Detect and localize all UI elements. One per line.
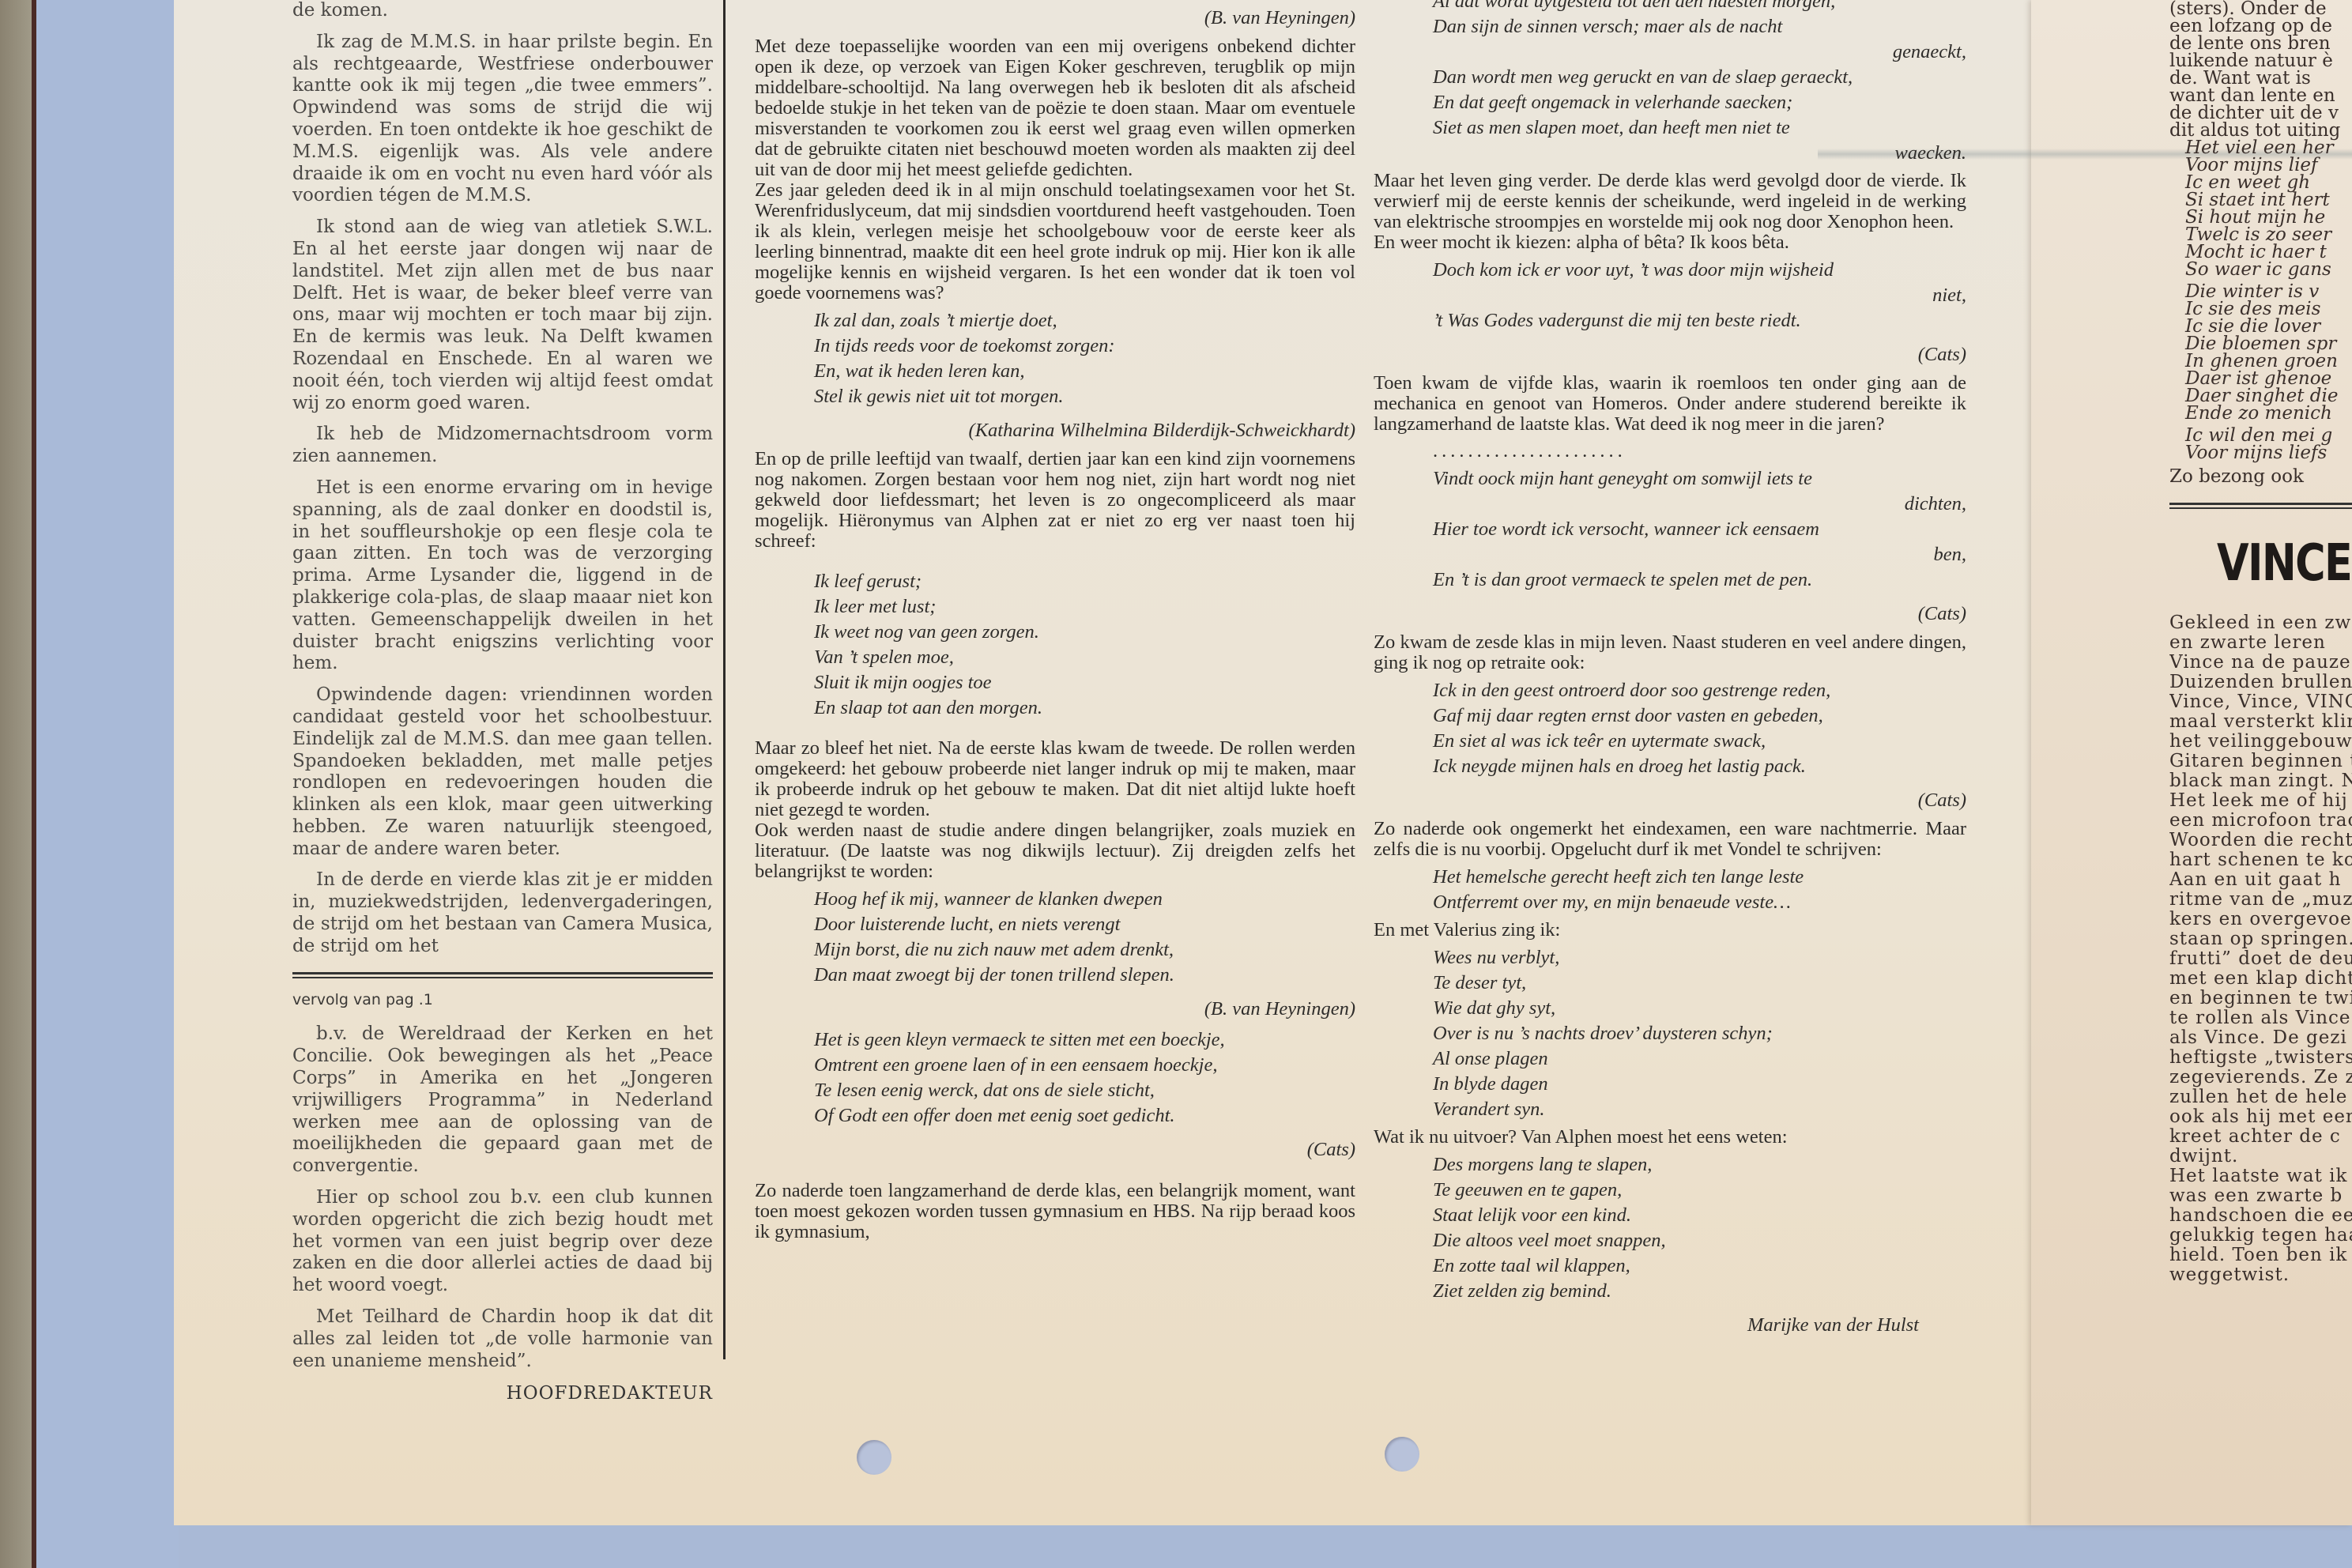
paragraph: Met deze toepasselijke woorden van een m… — [755, 36, 1355, 180]
paragraph: Zo naderde ook ongemerkt het eindexamen,… — [1374, 819, 1966, 860]
text-line: Si staet int hert — [2185, 191, 2352, 209]
col1-lead: de komen. — [292, 0, 713, 22]
text-line: de dichter uit de v — [2169, 104, 2352, 122]
verse-line: En, wat ik heden leren kan, — [814, 359, 1355, 384]
verse: Hoog hef ik mij, wanneer de klanken dwep… — [755, 887, 1355, 988]
paragraph: Wat ik nu uitvoer? Van Alphen moest het … — [1374, 1127, 1966, 1148]
verse-line: Of Godt een offer doen met eenig soet ge… — [814, 1103, 1355, 1129]
verse-line: Ick neygde mijnen hals en droeg het last… — [1433, 754, 1966, 779]
text-line: Ic sie des meis — [2185, 300, 2352, 318]
headline-vince: VINCE- — [2217, 536, 2346, 591]
text-line: Ic sie die lover — [2185, 318, 2352, 335]
column-1: de komen. Ik zag de M.M.S. in haar prils… — [292, 0, 713, 1405]
column-4-partial: (sters). Onder deeen lofzang op dede len… — [2169, 0, 2352, 1285]
verse-line: dichten, — [1433, 492, 1966, 517]
verse-line: ’t Was Godes vadergunst die mij ten best… — [1433, 308, 1966, 334]
verse-line: Ik leef gerust; — [814, 569, 1355, 594]
verse-line: Hier toe wordt ick versocht, wanneer ick… — [1433, 517, 1966, 542]
text-line: want dan lente en — [2169, 87, 2352, 104]
verse: Het hemelsche gerecht heeft zich ten lan… — [1374, 865, 1966, 915]
text-line: black man zingt. N — [2169, 771, 2352, 791]
text-line: zullen het de hele — [2169, 1087, 2352, 1107]
verse-line: Ik leer met lust; — [814, 594, 1355, 620]
background-wall — [0, 0, 32, 1568]
verse-line: En slaap tot aan den morgen. — [814, 695, 1355, 721]
text-line: In ghenen groen — [2185, 352, 2352, 370]
verse-line: Ik zal dan, zoals ’t miertje doet, — [814, 308, 1355, 334]
text-line: een lofzang op de — [2169, 17, 2352, 35]
text-line: Vince, Vince, VINC — [2169, 692, 2352, 712]
verse: Ic wil den mei gVoor mijns liefs — [2169, 427, 2352, 462]
text-line: ook als hij met een — [2169, 1107, 2352, 1127]
verse-line: En ’t is dan groot vermaeck te spelen me… — [1433, 567, 1966, 593]
verse-line: Dan sijn de sinnen versch; maer als de n… — [1433, 14, 1966, 40]
verse-line: Het is geen kleyn vermaeck te sitten met… — [814, 1027, 1355, 1053]
punch-hole — [857, 1440, 891, 1475]
paragraph: Ik zag de M.M.S. in haar prilste begin. … — [292, 32, 713, 207]
text-line: en zwarte leren — [2169, 633, 2352, 653]
text-line: hield. Toen ben ik we — [2169, 1246, 2352, 1265]
verse-line: Al onse plagen — [1433, 1046, 1966, 1072]
verse-line: Ik weet nog van geen zorgen. — [814, 620, 1355, 645]
paragraph: Het is een enorme ervaring om in hevige … — [292, 477, 713, 675]
attribution: (Cats) — [1374, 790, 1966, 811]
text-line: Si hout mijn he — [2185, 209, 2352, 226]
text-line: ritme van de „muz — [2169, 890, 2352, 910]
col1-paragraphs: Ik zag de M.M.S. in haar prilste begin. … — [292, 32, 713, 958]
paragraph: Hier op school zou b.v. een club kunnen … — [292, 1187, 713, 1297]
verse-line: genaeckt, — [1433, 40, 1966, 65]
paragraph: Ik heb de Midzomernachtsdroom vorm zien … — [292, 424, 713, 468]
attribution: (Cats) — [1374, 345, 1966, 365]
col1-continuation: b.v. de Wereldraad der Kerken en het Con… — [292, 1023, 713, 1372]
verse-line: Stel ik gewis niet uit tot morgen. — [814, 384, 1355, 409]
background-surface — [36, 0, 179, 1568]
text-line: (sters). Onder de — [2169, 0, 2352, 17]
text-line: en beginnen te twis — [2169, 989, 2352, 1008]
column-2: (B. van Heyningen) Met deze toepasselijk… — [755, 0, 1355, 1242]
verse-line: Ontferremt over my, en mijn benaeude ves… — [1433, 890, 1966, 915]
verse-line: Dan wordt men weg geruckt en van de slae… — [1433, 65, 1966, 90]
paragraph: En met Valerius zing ik: — [1374, 920, 1966, 940]
attribution: (Katharina Wilhelmina Bilderdijk-Schweic… — [755, 420, 1355, 441]
line: Zo bezong ook — [2169, 468, 2352, 485]
continuation-label: vervolg van pag .1 — [292, 989, 713, 1012]
text-line: dwijnt. — [2169, 1147, 2352, 1167]
verse-line: Ick in den geest ontroerd door soo gestr… — [1433, 678, 1966, 703]
verse-line: Al dat wordt uytgesteld tot aen den naes… — [1433, 0, 1966, 14]
text-line: Ic en weet gh — [2185, 174, 2352, 191]
paragraph: Zo naderde toen langzamerhand de derde k… — [755, 1181, 1355, 1242]
verse-line: En dat geeft ongemack in velerhande saec… — [1433, 90, 1966, 115]
verse-line: waecken. — [1433, 141, 1966, 166]
text-line: de. Want wat is — [2169, 70, 2352, 87]
verse-line: Gaf mij daar regten ernst door vasten en… — [1433, 703, 1966, 729]
paragraph: Met Teilhard de Chardin hoop ik dat dit … — [292, 1306, 713, 1372]
text-line: Die winter is v — [2185, 283, 2352, 300]
text-line: als Vince. De gezi — [2169, 1028, 2352, 1048]
verse: Wees nu verblyt,Te deser tyt,Wie dat ghy… — [1374, 945, 1966, 1122]
paragraph: Toen kwam de vijfde klas, waarin ik roem… — [1374, 373, 1966, 435]
verse-line: Omtrent een groene laen of in een eensae… — [814, 1053, 1355, 1078]
text-line: Twelc is zo seer — [2185, 226, 2352, 243]
text-line: te rollen als Vince — [2169, 1008, 2352, 1028]
verse-line: Wie dat ghy syt, — [1433, 996, 1966, 1021]
column-divider — [723, 0, 726, 1359]
text-line: was een zwarte b — [2169, 1186, 2352, 1206]
verse-line: Ziet zelden zig bemind. — [1433, 1279, 1966, 1304]
verse-line: Des morgens lang te slapen, — [1433, 1152, 1966, 1178]
text-line: Gekleed in een zw — [2169, 613, 2352, 633]
verse-line: Hoog hef ik mij, wanneer de klanken dwep… — [814, 887, 1355, 912]
attribution: (Cats) — [1374, 604, 1966, 624]
verse-line: Over is nu ’s nachts droev’ duysteren sc… — [1433, 1021, 1966, 1046]
verse-line: niet, — [1433, 283, 1966, 308]
text-line: hart schenen te kon — [2169, 850, 2352, 870]
text-line: Aan en uit gaat h — [2169, 870, 2352, 890]
text-line: kreet achter de c — [2169, 1127, 2352, 1147]
verse-line: Sluit ik mijn oogjes toe — [814, 670, 1355, 695]
article-body: Gekleed in een zwen zwarte lerenVince na… — [2169, 613, 2352, 1285]
verse-line: En siet al was ick teêr en uytermate swa… — [1433, 729, 1966, 754]
verse-line: ben, — [1433, 542, 1966, 567]
text-line: heftigste „twisters” — [2169, 1048, 2352, 1068]
text-line: Woorden die recht — [2169, 831, 2352, 850]
text-line: Voor mijns lief — [2185, 156, 2352, 174]
verse: Ik leef gerust;Ik leer met lust;Ik weet … — [755, 569, 1355, 721]
paragraph: Maar het leven ging verder. De derde kla… — [1374, 171, 1966, 232]
verse: Al dat wordt uytgesteld tot aen den naes… — [1374, 0, 1966, 166]
text-line: staan op springen. — [2169, 929, 2352, 949]
verse-line: Wees nu verblyt, — [1433, 945, 1966, 971]
verse-line: Mijn borst, die nu zich nauw met adem dr… — [814, 937, 1355, 963]
verse: Die winter is vIc sie des meisIc sie die… — [2169, 283, 2352, 422]
verse-line: In blyde dagen — [1433, 1072, 1966, 1097]
double-rule — [292, 972, 713, 978]
verse: Het is geen kleyn vermaeck te sitten met… — [755, 1027, 1355, 1129]
text-line: het veilinggebouw — [2169, 732, 2352, 752]
verse-line: Siet as men slapen moet, dan heeft men n… — [1433, 115, 1966, 141]
paragraph: Opwindende dagen: vriendinnen worden can… — [292, 684, 713, 860]
text-line: zegevierends. Ze z — [2169, 1068, 2352, 1087]
text-line: Het viel een her — [2185, 139, 2352, 156]
verse-line: Het hemelsche gerecht heeft zich ten lan… — [1433, 865, 1966, 890]
paragraph: Zo kwam de zesde klas in mijn leven. Naa… — [1374, 632, 1966, 673]
text-line: Het leek me of hij — [2169, 791, 2352, 811]
text-line: Ic wil den mei g — [2185, 427, 2352, 444]
verse: Des morgens lang te slapen,Te geeuwen en… — [1374, 1152, 1966, 1304]
signature-author: Marijke van der Hulst — [1374, 1315, 1966, 1336]
text-line: Mocht ic haer t — [2185, 243, 2352, 261]
column-3: Al dat wordt uytgesteld tot aen den naes… — [1374, 0, 1966, 1344]
verse-line: En zotte taal wil klappen, — [1433, 1253, 1966, 1279]
verse: Doch kom ick er voor uyt, ’t was door mi… — [1374, 258, 1966, 334]
verse-line: Door luisterende lucht, en niets verengt — [814, 912, 1355, 937]
verse-line: Verandert syn. — [1433, 1097, 1966, 1122]
paragraph: Ik stond aan de wieg van atletiek S.W.L.… — [292, 217, 713, 414]
text-line: Die bloemen spr — [2185, 335, 2352, 352]
text-line: luikende natuur è — [2169, 52, 2352, 70]
verse-line: Dan maat zwoegt bij der tonen trillend s… — [814, 963, 1355, 988]
verse-line: Te lesen eenig werck, dat ons de siele s… — [814, 1078, 1355, 1103]
verse-line: Te geeuwen en te gapen, — [1433, 1178, 1966, 1203]
text-line: Gitaren beginnen te — [2169, 752, 2352, 771]
attribution: (Cats) — [755, 1140, 1355, 1160]
attribution: (B. van Heyningen) — [755, 999, 1355, 1020]
paragraph: Zes jaar geleden deed ik in al mijn onsc… — [755, 180, 1355, 303]
verse-line: Van ’t spelen moe, — [814, 645, 1355, 670]
attribution: (B. van Heyningen) — [755, 8, 1355, 28]
paragraph: En weer mocht ik kiezen: alpha of bêta? … — [1374, 232, 1966, 253]
verse: Ick in den geest ontroerd door soo gestr… — [1374, 678, 1966, 779]
verse: Vindt oock mijn hant geneyght om somwijl… — [1374, 466, 1966, 593]
text-line: frutti” doet de deur — [2169, 949, 2352, 969]
text-line: met een klap dicht — [2169, 969, 2352, 989]
verse-line: In tijds reeds voor de toekomst zorgen: — [814, 334, 1355, 359]
text-line: de lente ons bren — [2169, 35, 2352, 52]
text-line: Het laatste wat ik v — [2169, 1167, 2352, 1186]
text-line: maal versterkt klin — [2169, 712, 2352, 732]
paragraph: In de derde en vierde klas zit je er mid… — [292, 869, 713, 957]
verse-line: Doch kom ick er voor uyt, ’t was door mi… — [1433, 258, 1966, 283]
verse: Het viel een herVoor mijns liefIc en wee… — [2169, 139, 2352, 278]
lines: (sters). Onder deeen lofzang op dede len… — [2169, 0, 2352, 139]
paragraph: En op de prille leeftijd van twaalf, der… — [755, 449, 1355, 552]
text-line: handschoen die een — [2169, 1206, 2352, 1226]
ellipsis-dots: ...................... — [1374, 441, 1966, 462]
paragraph: Ook werden naast de studie andere dingen… — [755, 820, 1355, 882]
text-line: Daer singhet die — [2185, 387, 2352, 405]
verse-line: Vindt oock mijn hant geneyght om somwijl… — [1433, 466, 1966, 492]
text-line: Vince na de pauze — [2169, 653, 2352, 673]
text-line: Duizenden brullen — [2169, 673, 2352, 692]
text-line: een microfoon trach — [2169, 811, 2352, 831]
text-line: Ende zo menich — [2185, 405, 2352, 422]
text-line: So waer ic gans — [2185, 261, 2352, 278]
paragraph: Maar zo bleef het niet. Na de eerste kla… — [755, 738, 1355, 820]
signature-hoofdredakteur: HOOFDREDAKTEUR — [292, 1383, 713, 1405]
double-rule — [2169, 503, 2352, 509]
text-line: gelukkig tegen haar — [2169, 1226, 2352, 1246]
paragraph: b.v. de Wereldraad der Kerken en het Con… — [292, 1023, 713, 1178]
text-line: Daer ist ghenoe — [2185, 370, 2352, 387]
text-line: dit aldus tot uiting — [2169, 122, 2352, 139]
verse: Ik zal dan, zoals ’t miertje doet,In tij… — [755, 308, 1355, 409]
verse-line: Staat lelijk voor een kind. — [1433, 1203, 1966, 1228]
verse-line: Te deser tyt, — [1433, 971, 1966, 996]
text-line: Voor mijns liefs — [2185, 444, 2352, 462]
verse-line: Die altoos veel moet snappen, — [1433, 1228, 1966, 1253]
punch-hole — [1385, 1437, 1419, 1472]
text-line: kers en overgevoe — [2169, 910, 2352, 929]
text-line: weggetwist. — [2169, 1265, 2352, 1285]
